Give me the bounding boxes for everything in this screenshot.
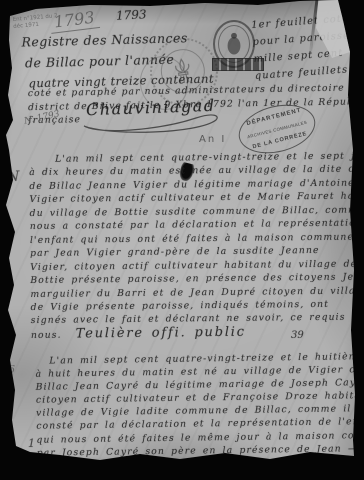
page-ref: 39 xyxy=(291,330,304,341)
birth-act-1: L'an mil sept cent quatre-vingt-treize e… xyxy=(29,149,364,342)
manuscript-line: nous. Teulière offi. public xyxy=(31,324,364,342)
officer-signature: Teulière offi. public xyxy=(76,325,246,342)
closing-formula: nous. xyxy=(31,330,62,341)
birth-act-2: L'an mil sept cent quatre-vingt-treize e… xyxy=(35,349,364,459)
margin-mark: 6 xyxy=(8,363,15,376)
margin-mark: N xyxy=(7,169,19,185)
page-number: 1 xyxy=(28,437,35,450)
ink-year: 1793 xyxy=(116,7,147,23)
an-i-note: An I xyxy=(199,134,226,145)
scanned-register-page: Ent n°1921 du 2 déc 1971 1793 1793 Regis… xyxy=(0,0,364,480)
stamp-banner xyxy=(212,58,264,71)
paper: Ent n°1921 du 2 déc 1971 1793 1793 Regis… xyxy=(0,0,364,480)
